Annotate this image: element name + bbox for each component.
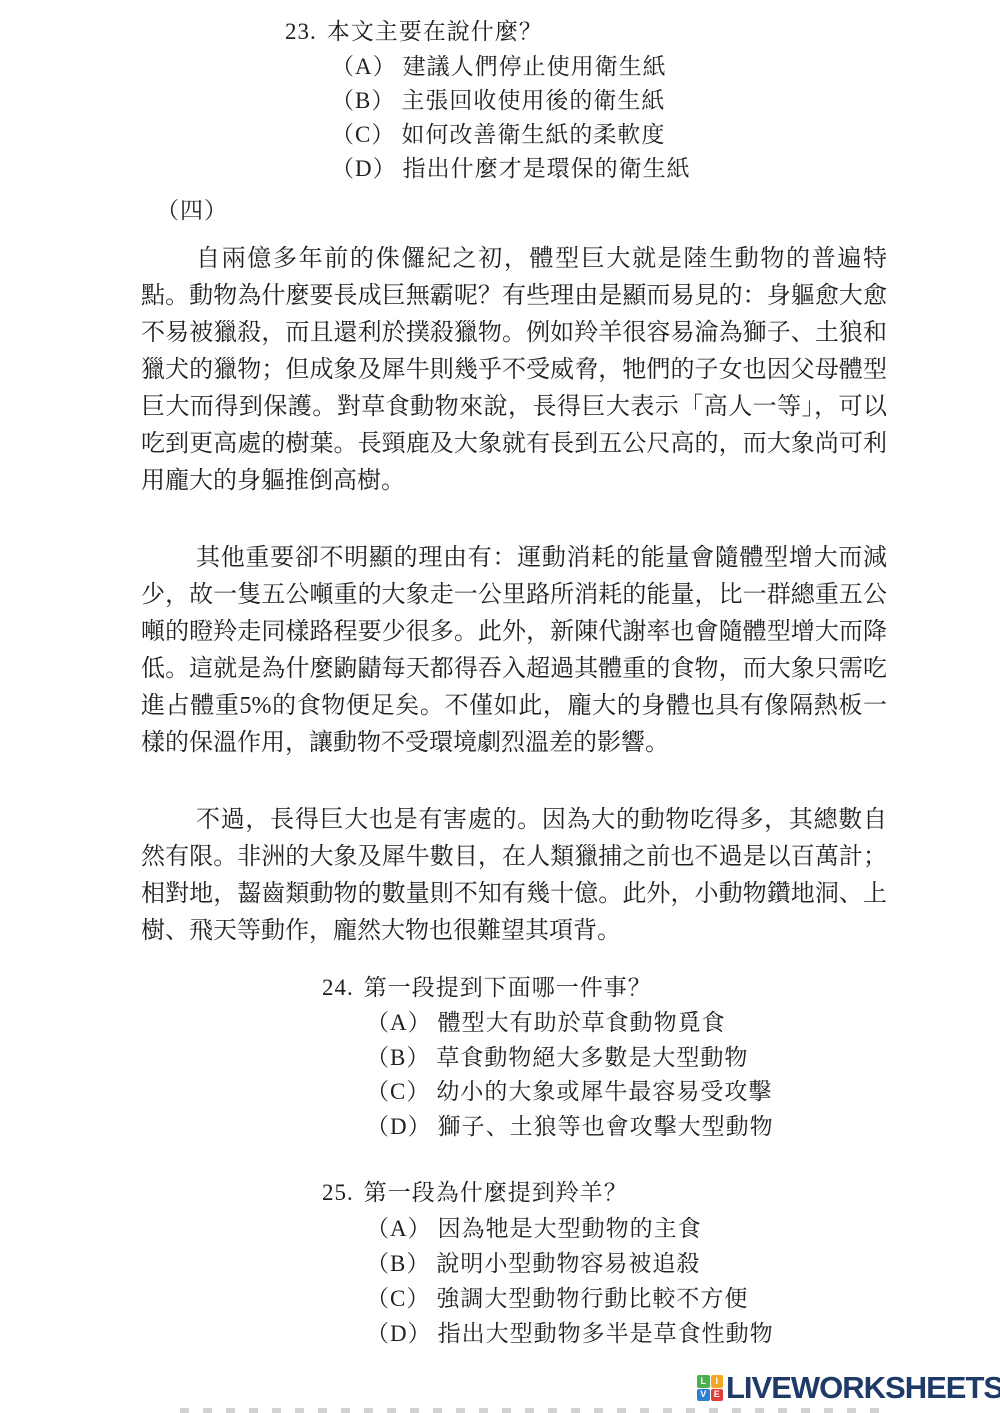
option-text: 說明小型動物容易被追殺 bbox=[436, 1251, 700, 1276]
option-label: （A） bbox=[331, 54, 397, 79]
question-25: 25.第一段為什麼提到羚羊？ （A）因為牠是大型動物的主食 （B）說明小型動物容… bbox=[322, 1175, 774, 1351]
option-text: 主張回收使用後的衛生紙 bbox=[401, 88, 665, 113]
option-text: 獅子、土狼等也會攻擊大型動物 bbox=[438, 1114, 774, 1139]
option-label: （C） bbox=[366, 1079, 430, 1104]
question-23-option-d[interactable]: （D）指出什麼才是環保的衛生紙 bbox=[331, 152, 691, 186]
question-23-number: 23. bbox=[285, 19, 317, 44]
logo-tile-e: E bbox=[711, 1389, 724, 1402]
passage-paragraph-1: 自兩億多年前的侏儸紀之初，體型巨大就是陸生動物的普遍特點。動物為什麼要長成巨無霸… bbox=[141, 241, 887, 500]
question-25-option-a[interactable]: （A）因為牠是大型動物的主食 bbox=[366, 1211, 774, 1246]
question-24-option-c[interactable]: （C）幼小的大象或犀牛最容易受攻擊 bbox=[366, 1075, 774, 1110]
question-23-option-a[interactable]: （A）建議人們停止使用衛生紙 bbox=[331, 50, 691, 84]
option-text: 因為牠是大型動物的主食 bbox=[438, 1216, 702, 1241]
option-text: 如何改善衛生紙的柔軟度 bbox=[401, 122, 665, 147]
liveworksheets-logo-icon: L I V E bbox=[697, 1375, 723, 1401]
question-25-option-d[interactable]: （D）指出大型動物多半是草食性動物 bbox=[366, 1316, 774, 1351]
question-24-option-a[interactable]: （A）體型大有助於草食動物覓食 bbox=[366, 1006, 774, 1041]
question-24-head: 24.第一段提到下面哪一件事？ bbox=[322, 970, 774, 1006]
question-23-text: 本文主要在說什麼？ bbox=[327, 19, 543, 44]
cutoff-text-strip bbox=[180, 1408, 890, 1413]
option-text: 強調大型動物行動比較不方便 bbox=[436, 1286, 748, 1311]
question-24-option-b[interactable]: （B）草食動物絕大多數是大型動物 bbox=[366, 1041, 774, 1076]
question-25-options: （A）因為牠是大型動物的主食 （B）說明小型動物容易被追殺 （C）強調大型動物行… bbox=[366, 1211, 774, 1351]
option-label: （C） bbox=[366, 1286, 430, 1311]
option-text: 指出什麼才是環保的衛生紙 bbox=[403, 156, 691, 181]
passage-paragraph-3: 不過，長得巨大也是有害處的。因為大的動物吃得多，其總數自然有限。非洲的大象及犀牛… bbox=[141, 802, 887, 950]
question-23-head: 23.本文主要在說什麼？ bbox=[285, 14, 691, 50]
option-label: （A） bbox=[366, 1216, 432, 1241]
question-25-option-b[interactable]: （B）說明小型動物容易被追殺 bbox=[366, 1246, 774, 1281]
option-label: （B） bbox=[331, 88, 395, 113]
liveworksheets-logo-text: LIVEWORKSHEETS bbox=[726, 1375, 1000, 1401]
option-text: 指出大型動物多半是草食性動物 bbox=[438, 1321, 774, 1346]
liveworksheets-logo[interactable]: L I V E LIVEWORKSHEETS bbox=[697, 1375, 1000, 1401]
question-23: 23.本文主要在說什麼？ （A）建議人們停止使用衛生紙 （B）主張回收使用後的衛… bbox=[285, 14, 691, 186]
question-25-option-c[interactable]: （C）強調大型動物行動比較不方便 bbox=[366, 1281, 774, 1316]
option-text: 幼小的大象或犀牛最容易受攻擊 bbox=[436, 1079, 772, 1104]
question-23-option-c[interactable]: （C）如何改善衛生紙的柔軟度 bbox=[331, 118, 691, 152]
logo-tile-l: L bbox=[697, 1375, 710, 1388]
option-label: （D） bbox=[366, 1114, 432, 1139]
passage-paragraph-2: 其他重要卻不明顯的理由有：運動消耗的能量會隨體型增大而減少，故一隻五公噸重的大象… bbox=[141, 540, 887, 762]
question-24: 24.第一段提到下面哪一件事？ （A）體型大有助於草食動物覓食 （B）草食動物絕… bbox=[322, 970, 774, 1144]
question-23-option-b[interactable]: （B）主張回收使用後的衛生紙 bbox=[331, 84, 691, 118]
logo-tile-i: I bbox=[711, 1375, 724, 1388]
option-label: （B） bbox=[366, 1045, 430, 1070]
question-24-option-d[interactable]: （D）獅子、土狼等也會攻擊大型動物 bbox=[366, 1110, 774, 1145]
question-25-head: 25.第一段為什麼提到羚羊？ bbox=[322, 1175, 774, 1211]
option-label: （D） bbox=[366, 1321, 432, 1346]
option-text: 體型大有助於草食動物覓食 bbox=[438, 1010, 726, 1035]
question-24-number: 24. bbox=[322, 975, 354, 1000]
option-label: （C） bbox=[331, 122, 395, 147]
option-label: （A） bbox=[366, 1010, 432, 1035]
question-23-options: （A）建議人們停止使用衛生紙 （B）主張回收使用後的衛生紙 （C）如何改善衛生紙… bbox=[331, 50, 691, 186]
question-25-number: 25. bbox=[322, 1180, 354, 1205]
option-text: 建議人們停止使用衛生紙 bbox=[403, 54, 667, 79]
question-24-text: 第一段提到下面哪一件事？ bbox=[364, 975, 652, 1000]
reading-passage: 自兩億多年前的侏儸紀之初，體型巨大就是陸生動物的普遍特點。動物為什麼要長成巨無霸… bbox=[141, 241, 887, 950]
option-label: （D） bbox=[331, 156, 397, 181]
option-text: 草食動物絕大多數是大型動物 bbox=[436, 1045, 748, 1070]
option-label: （B） bbox=[366, 1251, 430, 1276]
question-25-text: 第一段為什麼提到羚羊？ bbox=[364, 1180, 628, 1205]
logo-tile-v: V bbox=[697, 1389, 710, 1402]
section-marker: （四） bbox=[156, 192, 228, 225]
question-24-options: （A）體型大有助於草食動物覓食 （B）草食動物絕大多數是大型動物 （C）幼小的大… bbox=[366, 1006, 774, 1144]
